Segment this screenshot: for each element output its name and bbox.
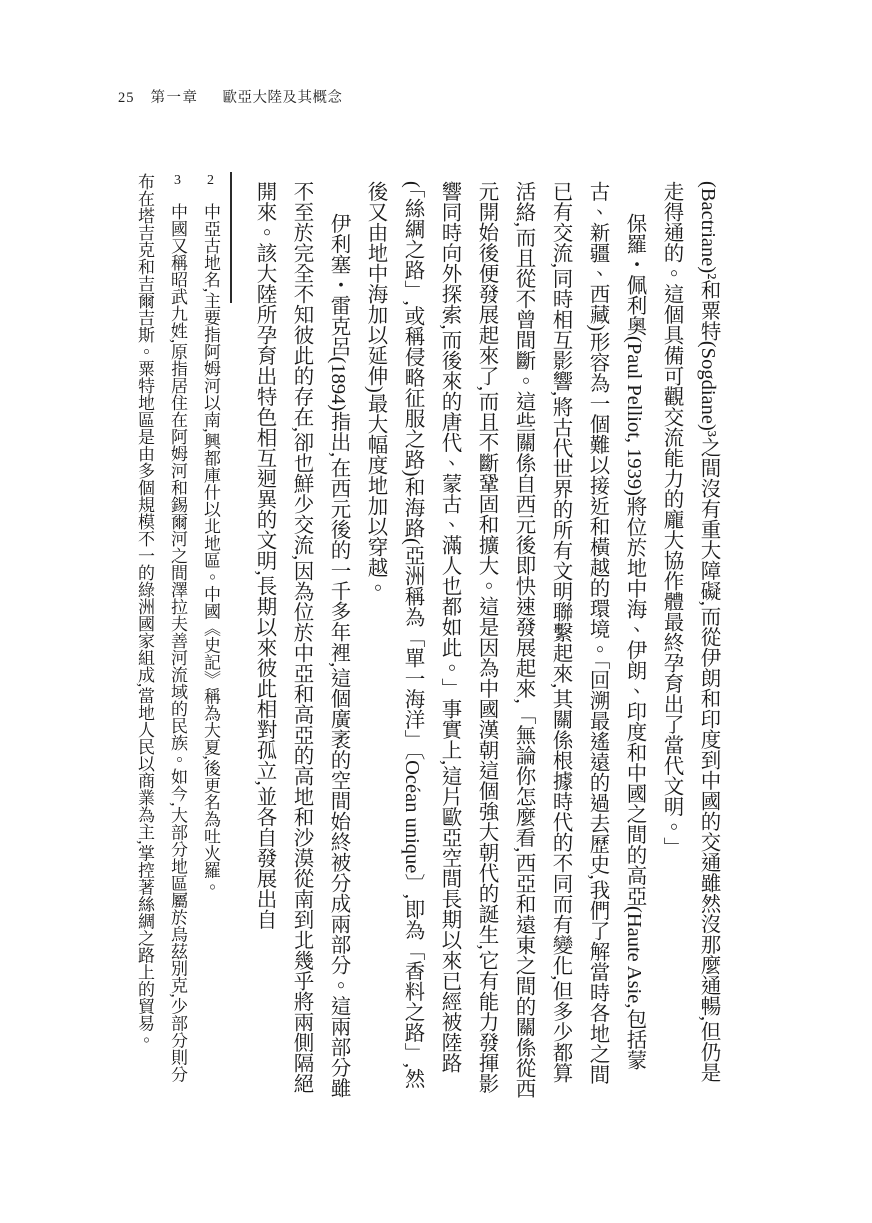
- running-header: 25第一章歐亞大陸及其概念: [118, 86, 343, 107]
- body-text: (Bactriane)²和粟特(Sogdiane)³之間沒有重大障礙,而從伊朗和…: [186, 181, 726, 1101]
- footnote-2: 2中亞古地名,主要指阿姆河以南,興都庫什以北地區。中國《史記》稱為大夏,後更名為…: [194, 173, 227, 1083]
- footnote-separator-rule: [230, 172, 232, 303]
- footnote-2-number: 2: [203, 173, 218, 203]
- footnote-3-number: 3: [170, 173, 185, 203]
- book-page: 25第一章歐亞大陸及其概念 (Bactriane)²和粟特(Sogdiane)³…: [0, 0, 872, 1223]
- footnote-3-text: 中國又稱昭武九姓,原指居住在阿姆河和錫爾河之間澤拉夫善河流域的民族。如今,大部分…: [135, 173, 187, 1083]
- chapter-title: 歐亞大陸及其概念: [223, 90, 343, 106]
- paragraph-continuation: (Bactriane)²和粟特(Sogdiane)³之間沒有重大障礙,而從伊朗和…: [652, 181, 726, 1101]
- page-number: 25: [118, 90, 135, 106]
- paragraph-pelliot: 保羅・佩利奧(Paul Pelliot, 1939)將位於地中海、伊朗、印度和中…: [356, 181, 652, 1101]
- chapter-label: 第一章: [151, 90, 199, 106]
- footnote-3: 3中國又稱昭武九姓,原指居住在阿姆河和錫爾河之間澤拉夫善河流域的民族。如今,大部…: [128, 173, 194, 1083]
- footnote-2-text: 中亞古地名,主要指阿姆河以南,興都庫什以北地區。中國《史記》稱為大夏,後更名為吐…: [201, 203, 220, 896]
- footnotes-section: 2中亞古地名,主要指阿姆河以南,興都庫什以北地區。中國《史記》稱為大夏,後更名為…: [87, 173, 227, 1083]
- paragraph-reclus: 伊利塞・雷克呂(1894)指出,在西元後的一千多年裡,這個廣袤的空間始終被分成兩…: [245, 181, 356, 1101]
